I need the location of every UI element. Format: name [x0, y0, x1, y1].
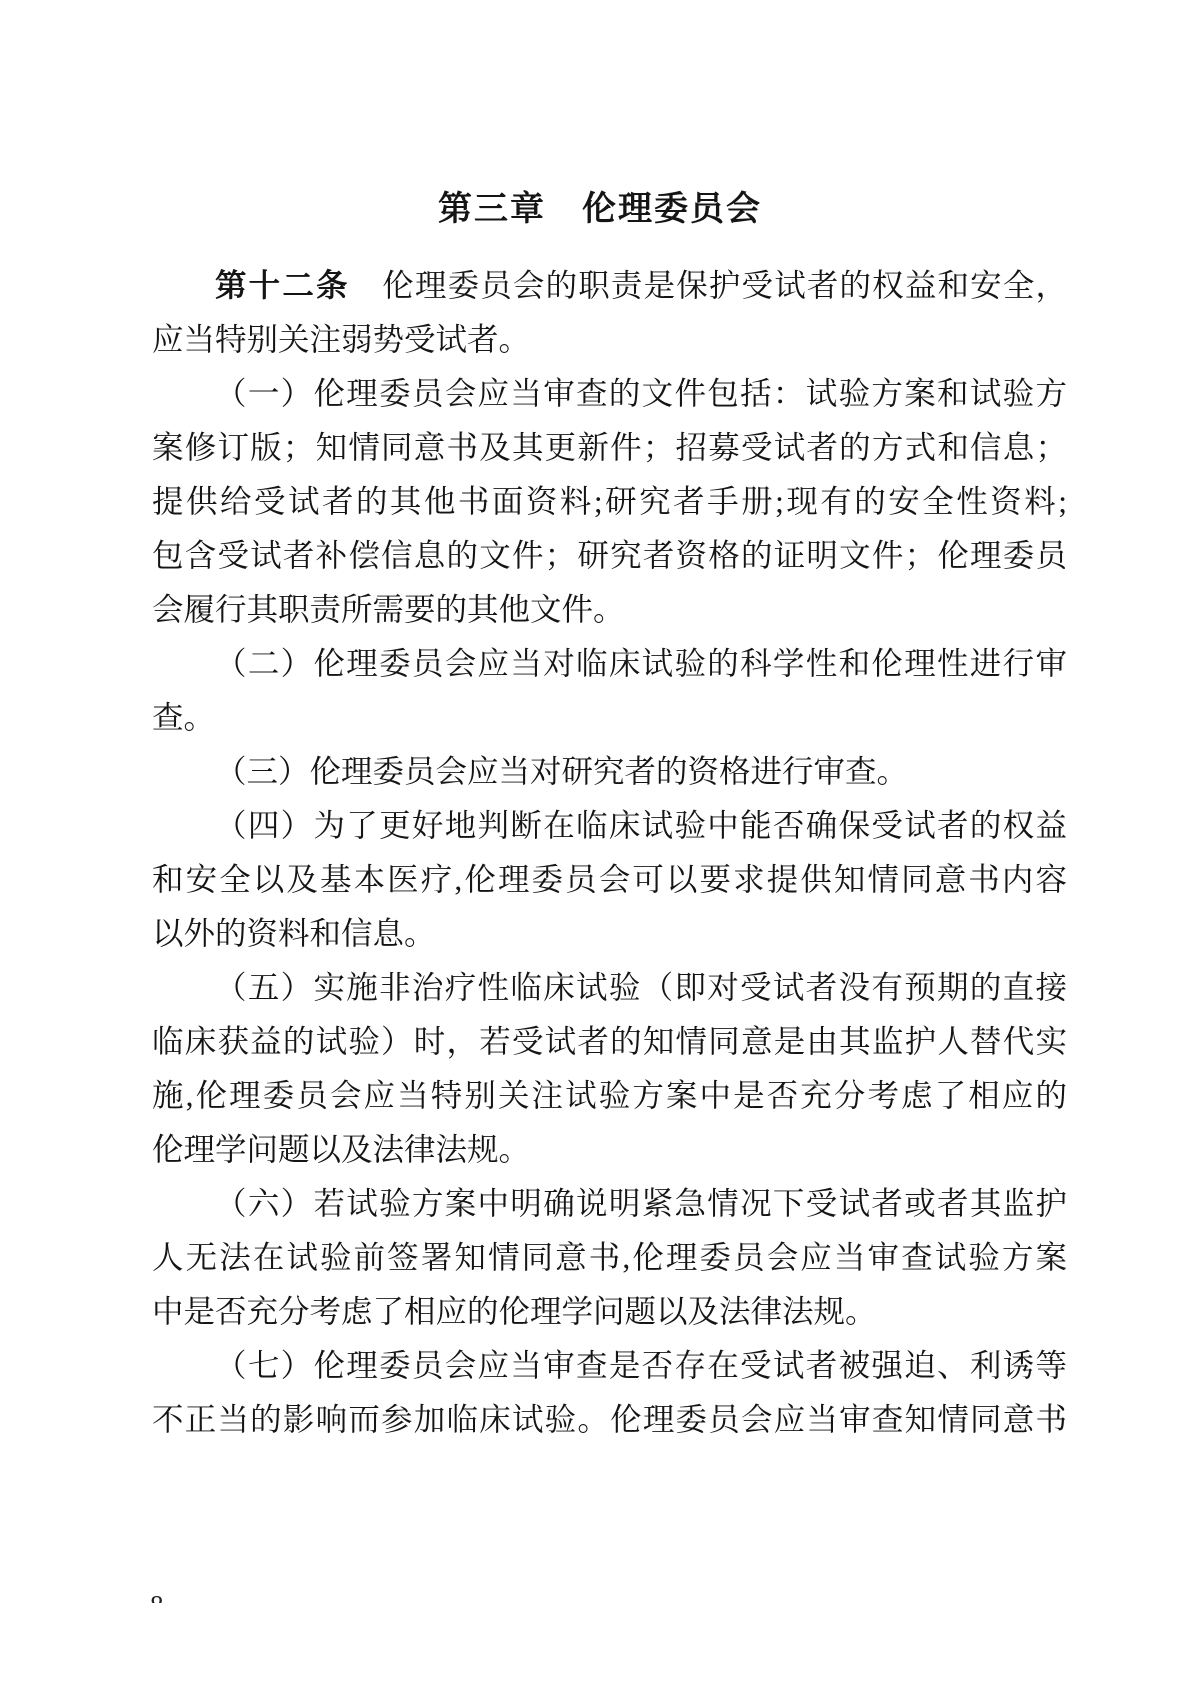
text-line: 提供给受试者的其他书面资料;研究者手册;现有的安全性资料;: [152, 475, 1067, 529]
text-line: 查。: [152, 691, 1067, 745]
paragraph: （二）伦理委员会应当对临床试验的科学性和伦理性进行审查。: [152, 637, 1067, 745]
text-line: 人无法在试验前签署知情同意书,伦理委员会应当审查试验方案: [152, 1231, 1067, 1285]
text-line: 施,伦理委员会应当特别关注试验方案中是否充分考虑了相应的: [152, 1069, 1067, 1123]
text-line: 案修订版；知情同意书及其更新件；招募受试者的方式和信息；: [152, 421, 1067, 475]
text-line: 临床获益的试验）时，若受试者的知情同意是由其监护人替代实: [152, 1015, 1067, 1069]
text-line: 和安全以及基本医疗,伦理委员会可以要求提供知情同意书内容: [152, 853, 1067, 907]
text-line: （六）若试验方案中明确说明紧急情况下受试者或者其监护: [152, 1177, 1067, 1231]
document-body: 第十二条 伦理委员会的职责是保护受试者的权益和安全，应当特别关注弱势受试者。（一…: [152, 259, 1067, 1447]
document-page: 第三章 伦理委员会 第十二条 伦理委员会的职责是保护受试者的权益和安全，应当特别…: [0, 0, 1200, 1697]
text-line: 以外的资料和信息。: [152, 907, 1067, 961]
text-line: 不正当的影响而参加临床试验。伦理委员会应当审查知情同意书: [152, 1393, 1067, 1447]
chapter-title: 第三章 伦理委员会: [0, 183, 1200, 237]
text-line: （三）伦理委员会应当对研究者的资格进行审查。: [152, 745, 1067, 799]
text-line: 应当特别关注弱势受试者。: [152, 313, 1067, 367]
paragraph: （五）实施非治疗性临床试验（即对受试者没有预期的直接临床获益的试验）时，若受试者…: [152, 961, 1067, 1177]
paragraph: （六）若试验方案中明确说明紧急情况下受试者或者其监护人无法在试验前签署知情同意书…: [152, 1177, 1067, 1339]
text-line: 伦理学问题以及法律法规。: [152, 1123, 1067, 1177]
text-line: （七）伦理委员会应当审查是否存在受试者被强迫、利诱等: [152, 1339, 1067, 1393]
paragraph: （一）伦理委员会应当审查的文件包括：试验方案和试验方案修订版；知情同意书及其更新…: [152, 367, 1067, 637]
text-line: （一）伦理委员会应当审查的文件包括：试验方案和试验方: [152, 367, 1067, 421]
paragraph: （七）伦理委员会应当审查是否存在受试者被强迫、利诱等不正当的影响而参加临床试验。…: [152, 1339, 1067, 1447]
text-line: （四）为了更好地判断在临床试验中能否确保受试者的权益: [152, 799, 1067, 853]
page-number: 8: [150, 1592, 180, 1603]
text-line: 中是否充分考虑了相应的伦理学问题以及法律法规。: [152, 1285, 1067, 1339]
text-line: （二）伦理委员会应当对临床试验的科学性和伦理性进行审: [152, 637, 1067, 691]
text-line: 会履行其职责所需要的其他文件。: [152, 583, 1067, 637]
paragraph: （四）为了更好地判断在临床试验中能否确保受试者的权益和安全以及基本医疗,伦理委员…: [152, 799, 1067, 961]
article-number: 第十二条: [215, 268, 350, 303]
text-line: 第十二条 伦理委员会的职责是保护受试者的权益和安全，: [152, 259, 1067, 313]
text-line: 包含受试者补偿信息的文件；研究者资格的证明文件；伦理委员: [152, 529, 1067, 583]
paragraph: 第十二条 伦理委员会的职责是保护受试者的权益和安全，应当特别关注弱势受试者。: [152, 259, 1067, 367]
paragraph: （三）伦理委员会应当对研究者的资格进行审查。: [152, 745, 1067, 799]
text-line: （五）实施非治疗性临床试验（即对受试者没有预期的直接: [152, 961, 1067, 1015]
